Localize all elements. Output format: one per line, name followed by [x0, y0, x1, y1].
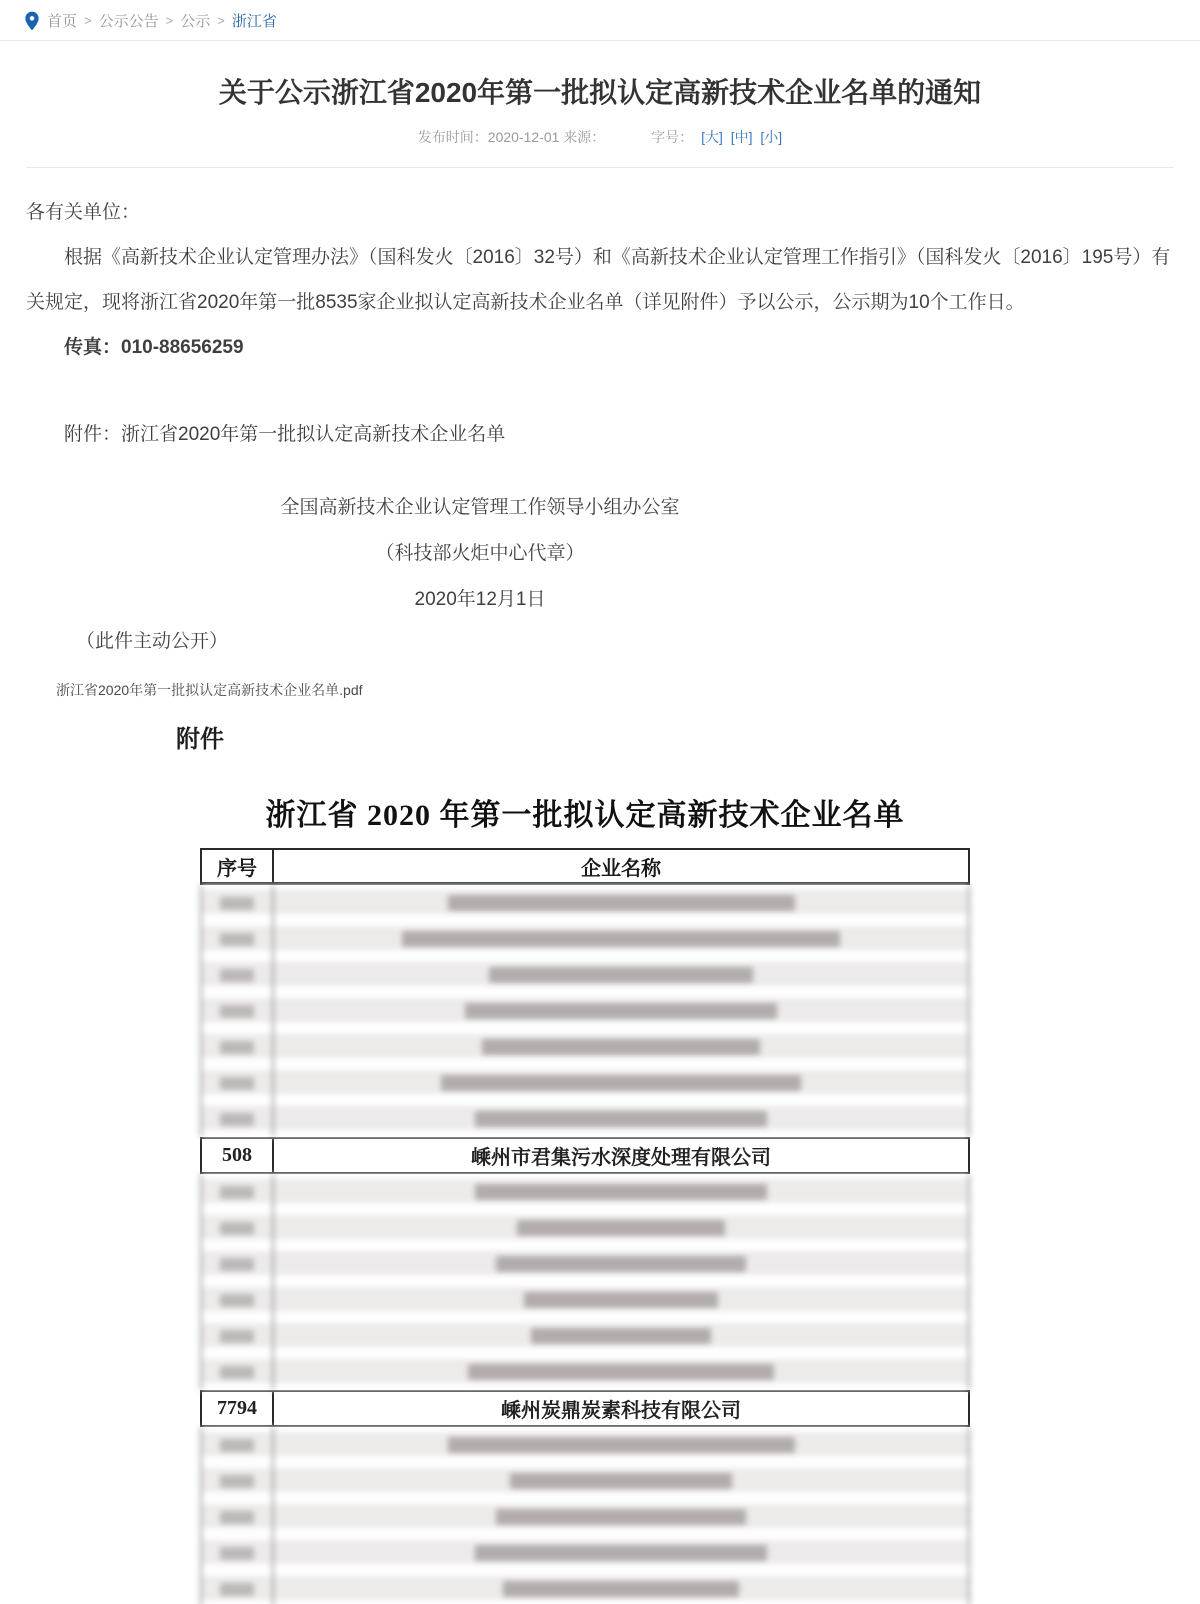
redacted-seq-blob	[220, 1330, 254, 1343]
redacted-name-cell	[274, 1571, 968, 1604]
redacted-seq-cell	[202, 885, 274, 921]
table-row: 7794嵊州炭鼎炭素科技有限公司	[200, 1390, 970, 1427]
redacted-name-blob	[496, 1256, 746, 1272]
redacted-name-cell	[274, 1101, 968, 1137]
redacted-seq-blob	[220, 1113, 254, 1126]
fontsize-label: 字号：	[651, 129, 693, 145]
table-row-redacted	[202, 1029, 968, 1065]
redacted-seq-blob	[220, 1511, 254, 1524]
publish-date: 发布时间：2020-12-01	[418, 129, 560, 145]
redacted-name-blob	[524, 1292, 718, 1308]
seq-cell: 7794	[202, 1392, 274, 1425]
redacted-name-blob	[517, 1220, 725, 1236]
enterprise-name-cell: 嵊州炭鼎炭素科技有限公司	[274, 1392, 968, 1425]
table-row-redacted	[202, 1463, 968, 1499]
table-row-redacted	[202, 993, 968, 1029]
main-paragraph: 根据《高新技术企业认定管理办法》（国科发火〔2016〕32号）和《高新技术企业认…	[26, 235, 1174, 325]
redacted-seq-cell	[202, 1029, 274, 1065]
fontsize-medium-link[interactable]: [中]	[731, 129, 753, 145]
redacted-name-cell	[274, 1065, 968, 1101]
attachment-pdf-link[interactable]: 浙江省2020年第一批拟认定高新技术企业名单.pdf	[56, 680, 363, 700]
attachment-table-title: 浙江省 2020 年第一批拟认定高新技术企业名单	[200, 790, 970, 834]
table-row-redacted	[202, 1174, 968, 1210]
attachment-wrap: 浙江省 2020 年第一批拟认定高新技术企业名单 序号 企业名称 508嵊州市君…	[200, 790, 970, 1604]
redacted-name-cell	[274, 1210, 968, 1246]
breadcrumb-item-3[interactable]: 公示	[180, 10, 210, 31]
redacted-seq-cell	[202, 1246, 274, 1282]
redacted-seq-cell	[202, 1463, 274, 1499]
redacted-name-cell	[274, 885, 968, 921]
breadcrumb-separator: >	[84, 13, 92, 28]
table-row-redacted	[202, 1499, 968, 1535]
redacted-name-cell	[274, 1499, 968, 1535]
salutation: 各有关单位：	[26, 190, 1174, 235]
redacted-name-cell	[274, 1246, 968, 1282]
table-header-name: 企业名称	[274, 850, 968, 882]
table-row-redacted	[202, 1427, 968, 1463]
breadcrumb-item-4[interactable]: 浙江省	[232, 10, 277, 31]
table-body: 508嵊州市君集污水深度处理有限公司7794嵊州炭鼎炭素科技有限公司	[200, 885, 970, 1604]
redacted-seq-cell	[202, 1174, 274, 1210]
redacted-name-cell	[274, 957, 968, 993]
table-row-redacted	[202, 1210, 968, 1246]
article-body: 各有关单位： 根据《高新技术企业认定管理办法》（国科发火〔2016〕32号）和《…	[0, 168, 1200, 701]
breadcrumb-separator: >	[166, 13, 174, 28]
redacted-seq-blob	[220, 1547, 254, 1560]
breadcrumb-item-1[interactable]: 首页	[47, 10, 77, 31]
signer-org: 全国高新技术企业认定管理工作领导小组办公室	[26, 485, 934, 531]
redacted-name-blob	[496, 1509, 746, 1525]
signer-date: 2020年12月1日	[26, 577, 934, 623]
breadcrumb-separator: >	[217, 13, 225, 28]
redacted-name-blob	[475, 1184, 766, 1200]
enterprise-name-cell: 嵊州市君集污水深度处理有限公司	[274, 1139, 968, 1172]
redacted-name-blob	[475, 1111, 766, 1127]
disclosure-note: （此件主动公开）	[76, 619, 1174, 664]
redacted-rows-section	[200, 885, 970, 1137]
redacted-name-blob	[482, 1039, 760, 1055]
table-row-redacted	[202, 1535, 968, 1571]
redacted-name-blob	[510, 1473, 732, 1489]
redacted-seq-blob	[220, 1366, 254, 1379]
redacted-name-blob	[465, 1003, 777, 1019]
redacted-seq-blob	[220, 1475, 254, 1488]
redacted-seq-cell	[202, 1210, 274, 1246]
redacted-name-cell	[274, 1427, 968, 1463]
redacted-name-cell	[274, 1535, 968, 1571]
redacted-seq-blob	[220, 1583, 254, 1596]
attachment-line: 附件：浙江省2020年第一批拟认定高新技术企业名单	[26, 412, 1174, 457]
top-divider	[0, 40, 1200, 41]
redacted-name-cell	[274, 1174, 968, 1210]
table-header-row: 序号 企业名称	[200, 848, 970, 885]
redacted-seq-blob	[220, 897, 254, 910]
redacted-name-blob	[531, 1328, 711, 1344]
redacted-name-cell	[274, 993, 968, 1029]
redacted-name-blob	[448, 895, 795, 911]
redacted-seq-blob	[220, 1005, 254, 1018]
table-row-redacted	[202, 921, 968, 957]
table-row-redacted	[202, 1065, 968, 1101]
redacted-name-blob	[489, 967, 753, 983]
redacted-seq-cell	[202, 1535, 274, 1571]
source-label: 来源：	[563, 129, 605, 145]
table-row: 508嵊州市君集污水深度处理有限公司	[200, 1137, 970, 1174]
redacted-seq-cell	[202, 1427, 274, 1463]
seq-cell: 508	[202, 1139, 274, 1172]
redacted-seq-blob	[220, 1041, 254, 1054]
redacted-seq-blob	[220, 1077, 254, 1090]
table-row-redacted	[202, 1101, 968, 1137]
redacted-seq-cell	[202, 1282, 274, 1318]
breadcrumb-items: 首页>公示公告>公示>浙江省	[47, 10, 277, 31]
redacted-name-cell	[274, 1282, 968, 1318]
breadcrumb-item-2[interactable]: 公示公告	[99, 10, 159, 31]
redacted-name-blob	[503, 1581, 739, 1597]
signer-agent: （科技部火炬中心代章）	[26, 531, 934, 577]
location-pin-icon	[24, 11, 40, 31]
table-row-redacted	[202, 1354, 968, 1390]
redacted-name-cell	[274, 1463, 968, 1499]
redacted-rows-section	[200, 1174, 970, 1390]
redacted-seq-cell	[202, 1101, 274, 1137]
redacted-name-cell	[274, 1029, 968, 1065]
fontsize-small-link[interactable]: [小]	[760, 129, 782, 145]
redacted-seq-blob	[220, 969, 254, 982]
redacted-seq-cell	[202, 993, 274, 1029]
redacted-name-blob	[468, 1364, 773, 1380]
redacted-seq-cell	[202, 957, 274, 993]
redacted-name-blob	[475, 1545, 766, 1561]
redacted-seq-cell	[202, 921, 274, 957]
enterprise-table: 序号 企业名称 508嵊州市君集污水深度处理有限公司7794嵊州炭鼎炭素科技有限…	[200, 848, 970, 1604]
table-row-redacted	[202, 1318, 968, 1354]
redacted-name-cell	[274, 1318, 968, 1354]
breadcrumb: 首页>公示公告>公示>浙江省	[0, 0, 1200, 40]
redacted-seq-cell	[202, 1318, 274, 1354]
redacted-name-cell	[274, 921, 968, 957]
redacted-name-blob	[402, 931, 839, 947]
fontsize-large-link[interactable]: [大]	[701, 129, 723, 145]
table-row-redacted	[202, 1246, 968, 1282]
attachment-heading: 附件	[176, 719, 1200, 754]
fax-line: 传真：010-88656259	[26, 325, 1174, 370]
page-title: 关于公示浙江省2020年第一批拟认定高新技术企业名单的通知	[0, 71, 1200, 111]
redacted-seq-blob	[220, 1439, 254, 1452]
table-row-redacted	[202, 957, 968, 993]
table-row-redacted	[202, 1571, 968, 1604]
redacted-seq-blob	[220, 1258, 254, 1271]
redacted-seq-blob	[220, 1186, 254, 1199]
redacted-seq-cell	[202, 1499, 274, 1535]
redacted-name-blob	[448, 1437, 795, 1453]
table-row-redacted	[202, 885, 968, 921]
redacted-seq-blob	[220, 933, 254, 946]
redacted-seq-cell	[202, 1571, 274, 1604]
redacted-name-blob	[441, 1075, 802, 1091]
redacted-seq-blob	[220, 1222, 254, 1235]
redacted-seq-blob	[220, 1294, 254, 1307]
table-header-seq: 序号	[202, 850, 274, 882]
redacted-name-cell	[274, 1354, 968, 1390]
table-row-redacted	[202, 1282, 968, 1318]
redacted-seq-cell	[202, 1065, 274, 1101]
signature-block: 全国高新技术企业认定管理工作领导小组办公室 （科技部火炬中心代章） 2020年1…	[26, 485, 934, 623]
article-meta: 发布时间：2020-12-01 来源： 字号： [大] [中] [小]	[0, 127, 1200, 147]
redacted-rows-section	[200, 1427, 970, 1604]
redacted-seq-cell	[202, 1354, 274, 1390]
